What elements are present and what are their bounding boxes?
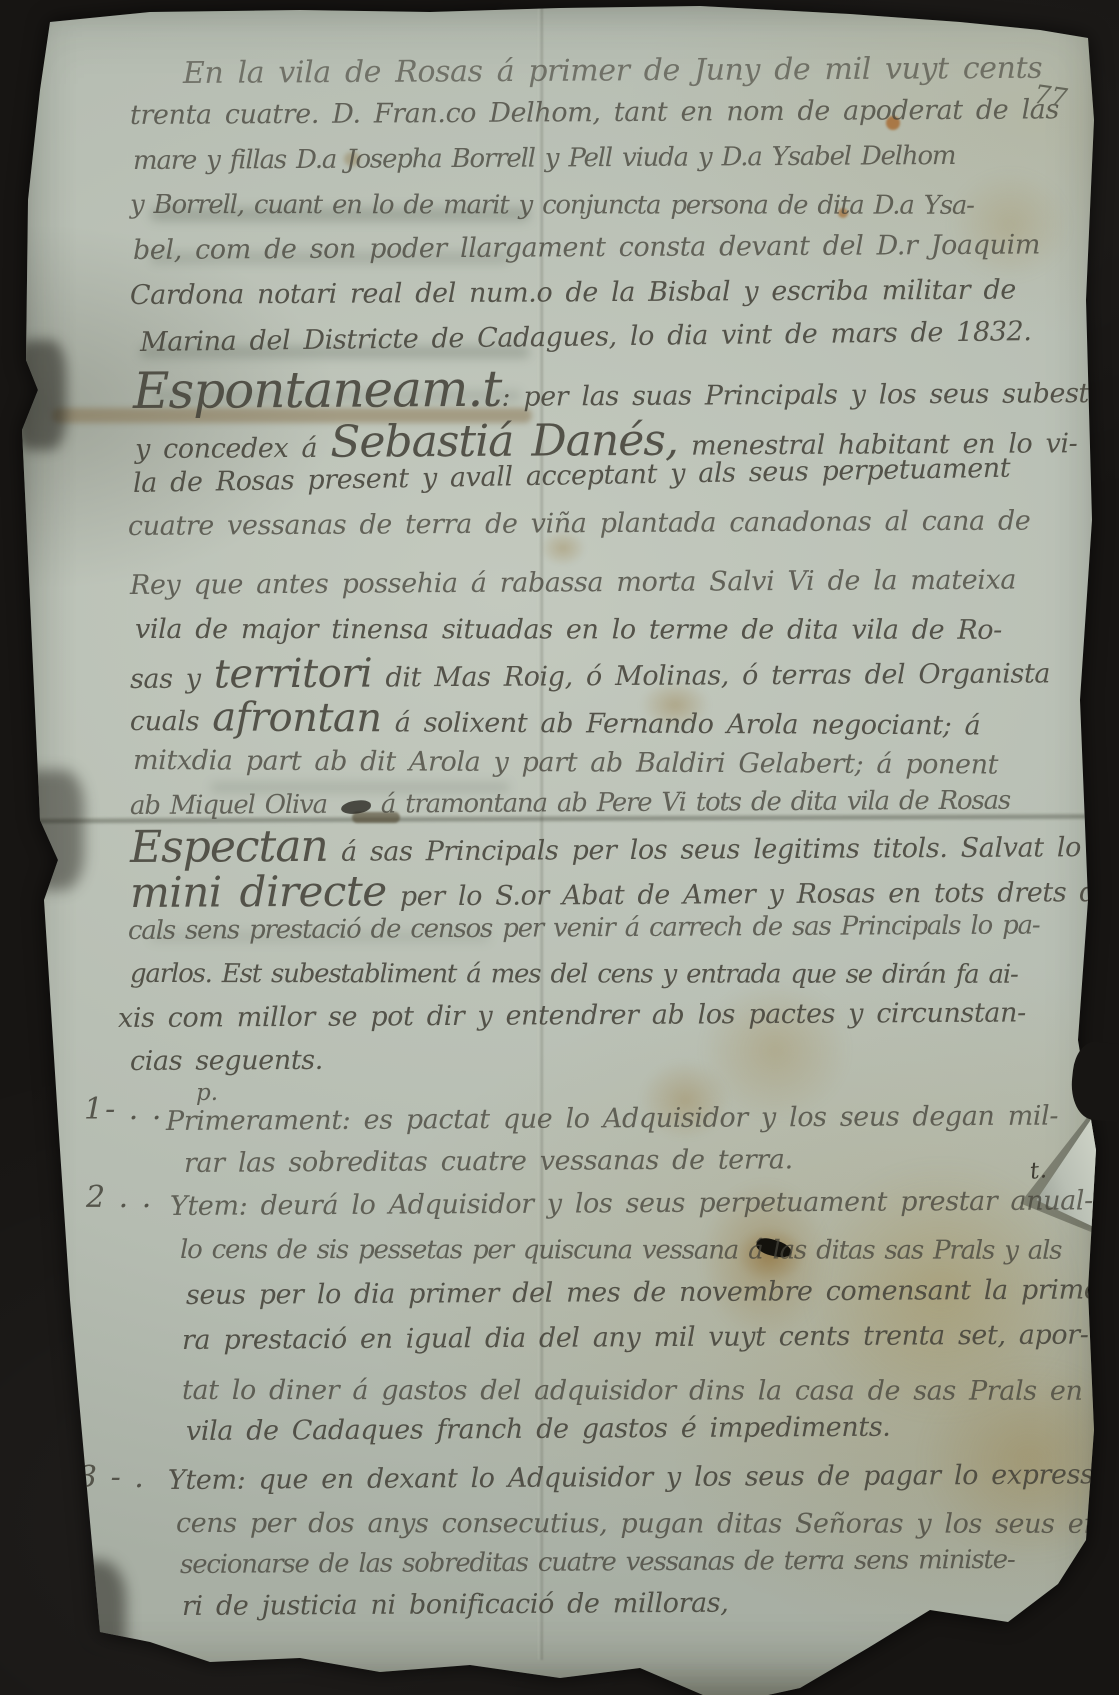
- edge-smudge: [14, 770, 84, 890]
- manuscript-line: bel, com de son poder llargament consta …: [133, 229, 1040, 266]
- edge-smudge: [14, 340, 66, 450]
- manuscript-line: mini directe per lo S.or Abat de Amer y …: [130, 862, 1119, 917]
- edge-smudge: [40, 1560, 126, 1690]
- manuscript-line: ra prestació en igual dia del any mil vu…: [182, 1319, 1089, 1356]
- manuscript-text: per lo S.or Abat de Amer y Rosas en tots…: [387, 877, 1119, 913]
- manuscript-text: sas y: [130, 663, 214, 695]
- manuscript-line: vila de major tinensa situadas en lo ter…: [135, 614, 1002, 646]
- fold-note: t.: [1029, 1157, 1048, 1185]
- display-word: territori: [214, 651, 373, 698]
- manuscript-line: Ytem: que en dexant lo Adquisidor y los …: [168, 1459, 1119, 1496]
- manuscript-line: garlos. Est subestabliment á mes del cen…: [130, 959, 1018, 990]
- manuscript-text: dit Mas Roig, ó Molinas, ó terras del Or…: [372, 658, 1050, 693]
- manuscript-text: á tramontana ab Pere Vi tots de dita vil…: [381, 786, 1010, 820]
- manuscript-line: Rey que antes possehia á rabassa morta S…: [130, 565, 1016, 601]
- paper-wrap: En la vila de Rosas á primer de Juny de …: [0, 0, 1119, 1695]
- manuscript-line: trenta cuatre. D. Fran.co Delhom, tant e…: [130, 94, 1059, 131]
- manuscript-line: cuatre vessanas de terra de viña plantad…: [128, 505, 1031, 542]
- manuscript-line: Primerament: es pactat que lo Adquisidor…: [166, 1101, 1058, 1137]
- manuscript-line: En la vila de Rosas á primer de Juny de …: [183, 51, 1042, 91]
- manuscript-line: seus per lo dia primer del mes de novemb…: [186, 1274, 1108, 1311]
- pencil-mark: 77: [1032, 80, 1069, 114]
- manuscript-line: xis com millor se pot dir y entendrer ab…: [118, 997, 1026, 1034]
- manuscript-line: cuals afrontan á solixent ab Fernando Ar…: [130, 694, 981, 744]
- display-word: Espontaneam.t: [133, 360, 502, 420]
- paragraph-mark: p.: [196, 1080, 218, 1106]
- manuscript-line: y Borrell, cuant en lo de marit y conjun…: [130, 190, 974, 221]
- clause-number: 2 . .: [86, 1180, 153, 1215]
- manuscript-line: mitxdia part ab dit Arola y part ab Bald…: [133, 745, 998, 781]
- manuscript-line: Espontaneam.t: per las suas Principals y…: [133, 356, 1119, 420]
- display-word: afrontan: [212, 694, 382, 741]
- manuscript-line: Cardona notari real del num.o de la Bisb…: [130, 275, 1016, 311]
- manuscript-line: cens per dos anys consecutius, pugan dit…: [176, 1508, 1119, 1540]
- manuscript-line: lo cens de sis pessetas per quiscuna ves…: [180, 1235, 1061, 1266]
- manuscript-line: ri de justicia ni bonificació de millora…: [182, 1588, 729, 1622]
- clause-number: 3 - .: [78, 1460, 146, 1495]
- manuscript-line: rar las sobreditas cuatre vessanas de te…: [184, 1144, 793, 1179]
- ink-blot: [340, 800, 371, 815]
- photo-background: En la vila de Rosas á primer de Juny de …: [0, 0, 1119, 1695]
- stain: [950, 170, 1070, 280]
- display-word: mini directe: [130, 866, 387, 917]
- manuscript-page: En la vila de Rosas á primer de Juny de …: [0, 0, 1119, 1695]
- manuscript-line: Ytem: deurá lo Adquisidor y los seus per…: [170, 1185, 1093, 1222]
- manuscript-line: vila de Cadaques franch de gastos é impe…: [186, 1412, 891, 1447]
- manuscript-line: secionarse de las sobreditas cuatre vess…: [180, 1545, 1015, 1580]
- manuscript-line: ab Miquel Olivaá tramontana ab Pere Vi t…: [130, 786, 1010, 821]
- manuscript-text: y concedex á: [135, 433, 330, 465]
- manuscript-line: cias seguents.: [130, 1045, 323, 1077]
- manuscript-text: ab Miquel Oliva: [130, 790, 327, 821]
- manuscript-line: tat lo diner á gastos del adquisidor din…: [182, 1375, 1119, 1407]
- manuscript-line: sas y territori dit Mas Roig, ó Molinas,…: [130, 646, 1050, 698]
- manuscript-line: cals sens prestació de censos per venir …: [128, 910, 1040, 946]
- manuscript-line: mare y fillas D.a Josepha Borrell y Pell…: [133, 141, 955, 176]
- manuscript-text: á solixent ab Fernando Arola negociant; …: [382, 707, 981, 741]
- clause-number: 1- . .: [84, 1092, 163, 1127]
- manuscript-line: Marina del Districte de Cadagues, lo dia…: [140, 316, 1032, 358]
- manuscript-text: cuals: [130, 706, 212, 737]
- manuscript-text: : per las suas Principals y los seus sub…: [501, 378, 1119, 413]
- display-word: Espectan: [130, 821, 328, 873]
